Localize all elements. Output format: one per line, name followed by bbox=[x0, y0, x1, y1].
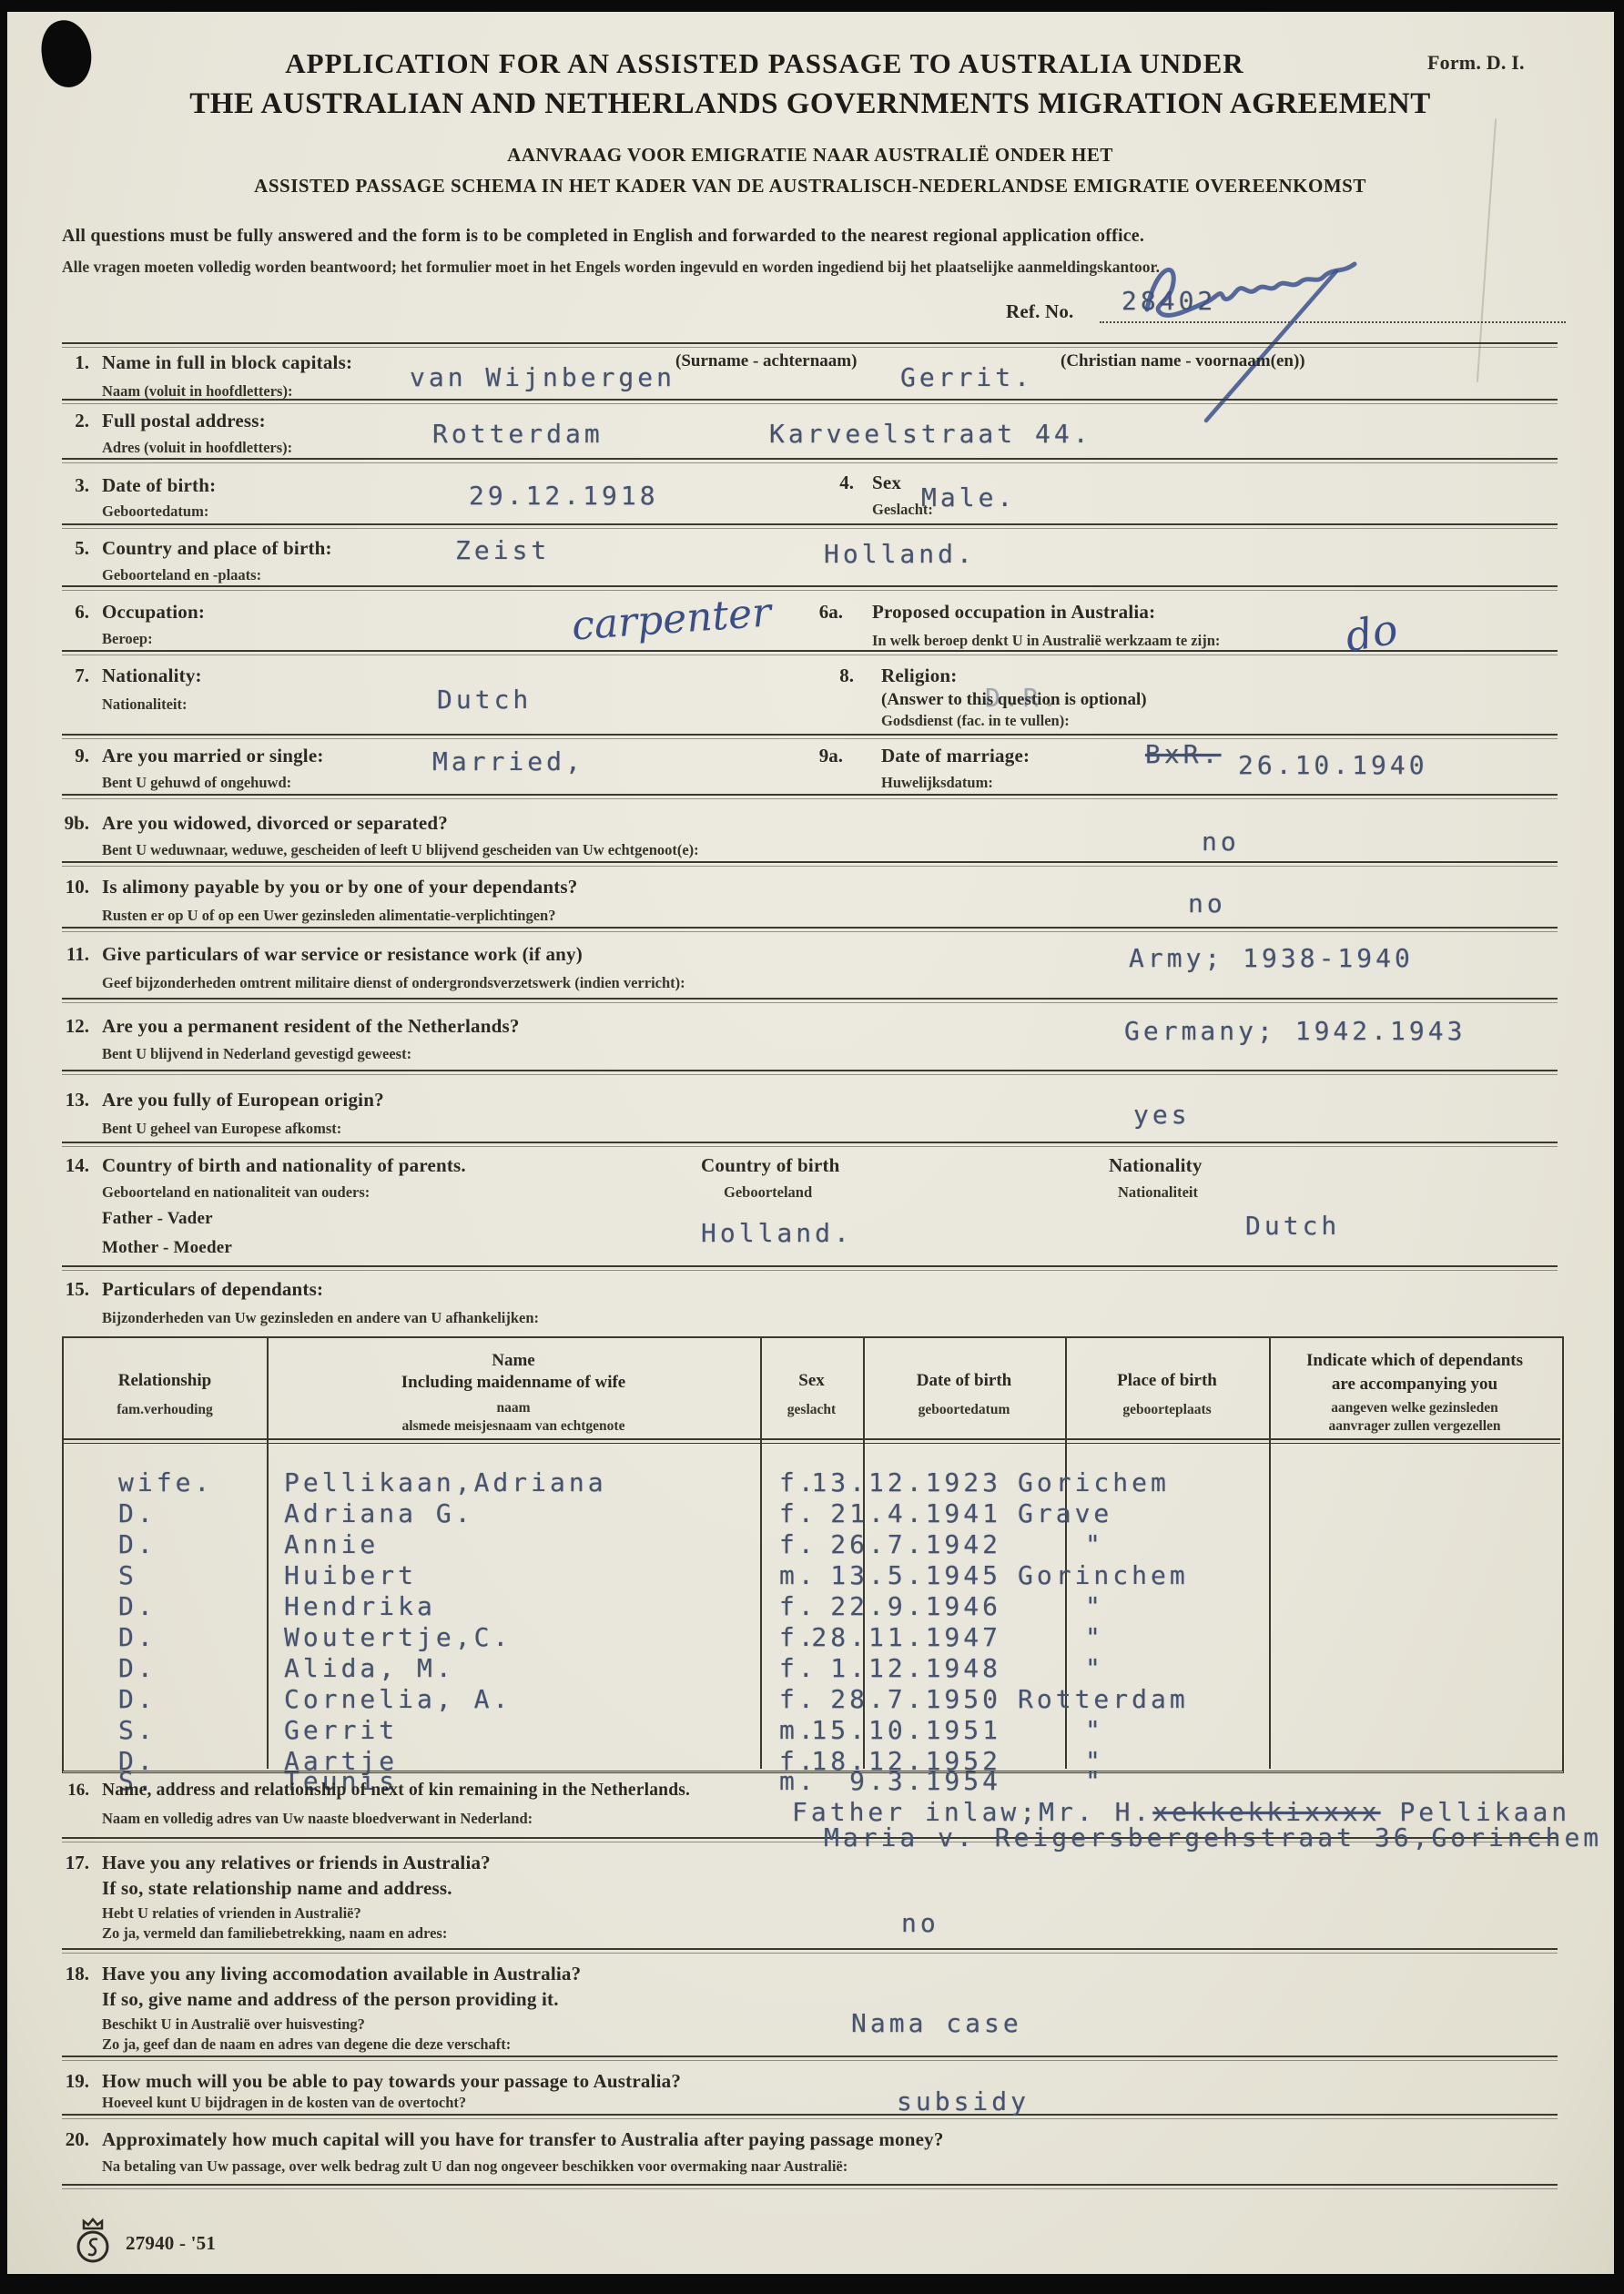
rule bbox=[62, 1142, 1558, 1147]
q3-answer: 29.12.1918 bbox=[469, 481, 659, 511]
scan-edge-top bbox=[0, 0, 1624, 12]
dependant-dob: 26.7.1942 bbox=[774, 1529, 1001, 1559]
rule bbox=[62, 650, 1558, 655]
q17-label-en1: Have you any relatives or friends in Aus… bbox=[102, 1852, 491, 1874]
dependant-rel: D. bbox=[118, 1529, 157, 1559]
q16-number: 16. bbox=[36, 1781, 89, 1801]
q11-label-en: Give particulars of war service or resis… bbox=[102, 943, 583, 966]
rule bbox=[62, 458, 1558, 463]
th-relationship-en: Relationship bbox=[64, 1371, 266, 1391]
dependant-rel: wife. bbox=[118, 1467, 213, 1497]
q19-label-en: How much will you be able to pay towards… bbox=[102, 2070, 681, 2093]
q13-answer: yes bbox=[1133, 1100, 1191, 1130]
q12-label-en: Are you a permanent resident of the Neth… bbox=[102, 1015, 520, 1038]
th-pob-nl: geboorteplaats bbox=[1067, 1402, 1267, 1418]
q3-number: 3. bbox=[36, 474, 89, 497]
q9a-label-en: Date of marriage: bbox=[881, 745, 1030, 767]
q15-label-nl: Bijzonderheden van Uw gezinsleden en and… bbox=[102, 1309, 539, 1327]
dependant-dob: 28.11.1947 bbox=[774, 1622, 1001, 1652]
dependant-pob: Gorinchem bbox=[1018, 1560, 1189, 1590]
rule bbox=[62, 2114, 1558, 2119]
q9-answer: Married, bbox=[432, 746, 584, 777]
dependant-pob: Rotterdam bbox=[1018, 1684, 1189, 1714]
dependant-dob: 13.12.1923 bbox=[774, 1467, 1001, 1497]
q6a-answer-handwritten: do bbox=[1342, 604, 1402, 661]
q2-number: 2. bbox=[36, 410, 89, 432]
q15-label-en: Particulars of dependants: bbox=[102, 1278, 323, 1301]
q18-number: 18. bbox=[36, 1963, 89, 1985]
rule bbox=[62, 342, 1558, 348]
scan-edge-bottom bbox=[0, 2274, 1624, 2294]
q18-label-nl2: Zo ja, geef dan de naam en adres van deg… bbox=[102, 2035, 511, 2054]
q12-answer: Germany; 1942.1943 bbox=[1124, 1016, 1466, 1046]
q13-label-en: Are you fully of European origin? bbox=[102, 1089, 384, 1111]
q9b-label-nl: Bent U weduwnaar, weduwe, gescheiden of … bbox=[102, 841, 699, 859]
rule bbox=[62, 585, 1558, 591]
ref-no-label: Ref. No. bbox=[1006, 300, 1074, 323]
q19-answer: subsidy bbox=[897, 2086, 1030, 2116]
handwritten-signature bbox=[1129, 246, 1402, 437]
q9a-struck-text: BxR. bbox=[1145, 739, 1221, 769]
dependant-name: Cornelia, A. bbox=[284, 1684, 512, 1714]
q5-answer-place: Zeist bbox=[455, 535, 550, 565]
th-name-nl: naam bbox=[269, 1400, 758, 1416]
scanned-form-page: APPLICATION FOR AN ASSISTED PASSAGE TO A… bbox=[0, 0, 1624, 2294]
q14-label-nl: Geboorteland en nationaliteit van ouders… bbox=[102, 1183, 370, 1202]
q2-label-nl: Adres (voluit in hoofdletters): bbox=[102, 439, 292, 457]
q10-label-en: Is alimony payable by you or by one of y… bbox=[102, 876, 578, 898]
q9a-answer: 26.10.1940 bbox=[1238, 750, 1428, 780]
dependant-pob: " bbox=[1085, 1653, 1104, 1683]
th-pob-en: Place of birth bbox=[1067, 1371, 1267, 1391]
dependant-pob: " bbox=[1085, 1591, 1104, 1621]
q18-label-nl1: Beschikt U in Australië over huisvesting… bbox=[102, 2015, 365, 2034]
q1-surname-note: (Surname - achternaam) bbox=[675, 351, 857, 371]
th-name-en: Name bbox=[269, 1351, 758, 1371]
q12-label-nl: Bent U blijvend in Nederland gevestigd g… bbox=[102, 1045, 411, 1063]
q7-label-nl: Nationaliteit: bbox=[102, 695, 187, 714]
footer-print-code: 27940 - '51 bbox=[126, 2232, 216, 2255]
dependant-name: Woutertje,C. bbox=[284, 1622, 512, 1652]
q17-label-en2: If so, state relationship name and addre… bbox=[102, 1877, 452, 1900]
q14-number: 14. bbox=[36, 1154, 89, 1177]
form-title-line1: APPLICATION FOR AN ASSISTED PASSAGE TO A… bbox=[82, 47, 1447, 80]
dependant-pob: Grave bbox=[1018, 1498, 1112, 1528]
rule bbox=[62, 1070, 1558, 1075]
q9-label-en: Are you married or single: bbox=[102, 745, 324, 767]
dependant-rel: S bbox=[118, 1560, 137, 1590]
rule bbox=[62, 794, 1558, 799]
q1-christian-note: (Christian name - voornaam(en)) bbox=[1061, 351, 1305, 371]
q6-number: 6. bbox=[36, 601, 89, 624]
q9b-answer: no bbox=[1202, 827, 1240, 857]
dependant-rel: D. bbox=[118, 1653, 157, 1683]
q9-number: 9. bbox=[36, 745, 89, 767]
th-name-nl2: alsmede meisjesnaam van echtgenote bbox=[269, 1418, 758, 1435]
dependant-name: Adriana G. bbox=[284, 1498, 474, 1528]
q5-answer-country: Holland. bbox=[824, 539, 976, 569]
th-accompany-en: Indicate which of dependants bbox=[1271, 1351, 1558, 1371]
table-header-separator bbox=[62, 1438, 1560, 1444]
q4-answer: Male. bbox=[921, 482, 1016, 513]
q11-number: 11. bbox=[36, 943, 89, 966]
q20-label-en: Approximately how much capital will you … bbox=[102, 2128, 944, 2151]
q7-label-en: Nationality: bbox=[102, 665, 202, 687]
q9-label-nl: Bent U gehuwd of ongehuwd: bbox=[102, 774, 291, 792]
rule bbox=[62, 1265, 1558, 1271]
th-relationship-nl: fam.verhouding bbox=[64, 1402, 266, 1418]
q8-answer: D.R. bbox=[985, 683, 1061, 713]
q20-label-nl: Na betaling van Uw passage, over welk be… bbox=[102, 2157, 848, 2176]
q14-label-en: Country of birth and nationality of pare… bbox=[102, 1154, 466, 1177]
q5-label-en: Country and place of birth: bbox=[102, 537, 332, 560]
q15-number: 15. bbox=[36, 1278, 89, 1301]
q18-label-en1: Have you any living accomodation availab… bbox=[102, 1963, 581, 1985]
rule bbox=[62, 927, 1558, 932]
th-sex-en: Sex bbox=[762, 1371, 861, 1391]
dependant-dob: 21.4.1941 bbox=[774, 1498, 1001, 1528]
q14-col-nationality-nl: Nationaliteit bbox=[1118, 1183, 1198, 1202]
dependant-dob: 22.9.1946 bbox=[774, 1591, 1001, 1621]
q14-father-label: Father - Vader bbox=[102, 1209, 213, 1229]
form-subtitle-nl1: AANVRAAG VOOR EMIGRATIE NAAR AUSTRALIË O… bbox=[0, 144, 1620, 167]
q18-label-en2: If so, give name and address of the pers… bbox=[102, 1988, 559, 2011]
q20-number: 20. bbox=[36, 2128, 89, 2151]
q14-col-nationality-en: Nationality bbox=[1109, 1154, 1203, 1177]
dependant-name: Hendrika bbox=[284, 1591, 436, 1621]
q2-answer-street: Karveelstraat 44. bbox=[769, 419, 1092, 449]
q6-label-nl: Beroep: bbox=[102, 630, 153, 648]
instruction-nl: Alle vragen moeten volledig worden beant… bbox=[62, 258, 1160, 277]
rule bbox=[62, 998, 1558, 1003]
th-dob-en: Date of birth bbox=[865, 1371, 1063, 1391]
dependant-name: Pellikaan,Adriana bbox=[284, 1467, 607, 1497]
q17-number: 17. bbox=[36, 1852, 89, 1874]
q4-label-en: Sex bbox=[872, 472, 901, 494]
q2-answer-city: Rotterdam bbox=[432, 419, 604, 449]
q13-number: 13. bbox=[36, 1089, 89, 1111]
q14-mother-label: Mother - Moeder bbox=[102, 1238, 232, 1258]
dependant-dob: 13.5.1945 bbox=[774, 1560, 1001, 1590]
q19-number: 19. bbox=[36, 2070, 89, 2093]
q10-label-nl: Rusten er op U of op een Uwer gezinslede… bbox=[102, 907, 555, 925]
th-sex-nl: geslacht bbox=[762, 1402, 861, 1418]
th-accompany-nl: aangeven welke gezinsleden bbox=[1271, 1400, 1558, 1416]
rule bbox=[62, 734, 1558, 739]
dependant-rel: D. bbox=[118, 1684, 157, 1714]
dependant-dob: 9.3.1954 bbox=[774, 1766, 1001, 1796]
form-subtitle-nl2: ASSISTED PASSAGE SCHEMA IN HET KADER VAN… bbox=[0, 175, 1620, 198]
q9b-number: 9b. bbox=[36, 812, 89, 835]
dependant-dob: 1.12.1948 bbox=[774, 1653, 1001, 1683]
th-dob-nl: geboortedatum bbox=[865, 1402, 1063, 1418]
dependant-pob: " bbox=[1085, 1529, 1104, 1559]
q1-number: 1. bbox=[36, 351, 89, 374]
th-accompany-nl2: aanvrager zullen vergezellen bbox=[1271, 1418, 1558, 1435]
q6a-label-nl: In welk beroep denkt U in Australië werk… bbox=[872, 632, 1220, 650]
rule bbox=[62, 523, 1558, 529]
form-title-line2: THE AUSTRALIAN AND NETHERLANDS GOVERNMEN… bbox=[0, 87, 1620, 121]
dependant-rel: D. bbox=[118, 1498, 157, 1528]
q4-number: 4. bbox=[801, 472, 854, 494]
dependant-name: Annie bbox=[284, 1529, 379, 1559]
th-accompany-en2: are accompanying you bbox=[1271, 1375, 1558, 1395]
scan-edge-right bbox=[1614, 0, 1624, 2294]
q9b-label-en: Are you widowed, divorced or separated? bbox=[102, 812, 448, 835]
dependant-name: Huibert bbox=[284, 1560, 417, 1590]
q14-col-country-en: Country of birth bbox=[701, 1154, 840, 1177]
q3-label-nl: Geboortedatum: bbox=[102, 502, 208, 521]
q1-label-en: Name in full in block capitals: bbox=[102, 351, 352, 374]
q8-number: 8. bbox=[801, 665, 854, 687]
q16-label-nl: Naam en volledig adres van Uw naaste blo… bbox=[102, 1810, 533, 1828]
q18-answer: Nama case bbox=[851, 2008, 1022, 2038]
q11-label-nl: Geef bijzonderheden omtrent militaire di… bbox=[102, 974, 685, 992]
q11-answer: Army; 1938-1940 bbox=[1129, 943, 1414, 973]
dependant-rel: D. bbox=[118, 1591, 157, 1621]
q9a-number: 9a. bbox=[790, 745, 843, 767]
q14-answer-country: Holland. bbox=[701, 1218, 853, 1248]
q10-answer: no bbox=[1188, 888, 1226, 919]
dependant-dob: 28.7.1950 bbox=[774, 1684, 1001, 1714]
rule bbox=[62, 2055, 1558, 2061]
q12-number: 12. bbox=[36, 1015, 89, 1038]
dependant-pob: " bbox=[1085, 1766, 1104, 1796]
q2-label-en: Full postal address: bbox=[102, 410, 266, 432]
q17-label-nl1: Hebt U relaties of vrienden in Australië… bbox=[102, 1904, 361, 1923]
q5-label-nl: Geboorteland en -plaats: bbox=[102, 566, 261, 584]
q14-answer-nationality: Dutch bbox=[1245, 1211, 1340, 1241]
q8-label-nl: Godsdienst (fac. in te vullen): bbox=[881, 712, 1070, 730]
dependant-name: Alida, M. bbox=[284, 1653, 455, 1683]
dependant-rel: D. bbox=[118, 1622, 157, 1652]
q16-answer-line2: Maria v. Reigersbergehstraat 36,Gorinche… bbox=[824, 1822, 1602, 1852]
q1-answer-surname: van Wijnbergen bbox=[410, 362, 675, 392]
rule bbox=[62, 1948, 1558, 1954]
th-name-en2: Including maidenname of wife bbox=[269, 1373, 758, 1393]
q14-col-country-nl: Geboorteland bbox=[724, 1183, 812, 1202]
q19-label-nl: Hoeveel kunt U bijdragen in de kosten va… bbox=[102, 2094, 466, 2112]
rule bbox=[62, 861, 1558, 867]
q3-label-en: Date of birth: bbox=[102, 474, 216, 497]
q7-answer: Dutch bbox=[437, 685, 532, 715]
q16-label-en: Name, address and relationship of next o… bbox=[102, 1781, 690, 1801]
q5-number: 5. bbox=[36, 537, 89, 560]
q9a-label-nl: Huwelijksdatum: bbox=[881, 774, 993, 792]
q8-label-en: Religion: bbox=[881, 665, 957, 687]
q1-answer-christian: Gerrit. bbox=[900, 362, 1033, 392]
dependant-dob: 15.10.1951 bbox=[774, 1715, 1001, 1745]
scan-edge-left bbox=[0, 0, 7, 2294]
printer-emblem-icon bbox=[71, 2216, 115, 2270]
q17-label-nl2: Zo ja, vermeld dan familiebetrekking, na… bbox=[102, 1924, 447, 1943]
instruction-en: All questions must be fully answered and… bbox=[62, 226, 1144, 247]
q6-label-en: Occupation: bbox=[102, 601, 205, 624]
q17-answer: no bbox=[901, 1908, 939, 1938]
dependant-pob: Gorichem bbox=[1018, 1467, 1170, 1497]
q7-number: 7. bbox=[36, 665, 89, 687]
q6a-number: 6a. bbox=[790, 601, 843, 624]
rule bbox=[62, 2184, 1558, 2189]
dependant-pob: " bbox=[1085, 1715, 1104, 1745]
q13-label-nl: Bent U geheel van Europese afkomst: bbox=[102, 1120, 341, 1138]
dependant-name: Gerrit bbox=[284, 1715, 398, 1745]
q6a-label-en: Proposed occupation in Australia: bbox=[872, 601, 1155, 624]
dependant-rel: S. bbox=[118, 1715, 157, 1745]
q1-label-nl: Naam (voluit in hoofdletters): bbox=[102, 382, 292, 401]
form-number: Form. D. I. bbox=[1427, 51, 1525, 75]
dependant-pob: " bbox=[1085, 1622, 1104, 1652]
q10-number: 10. bbox=[36, 876, 89, 898]
